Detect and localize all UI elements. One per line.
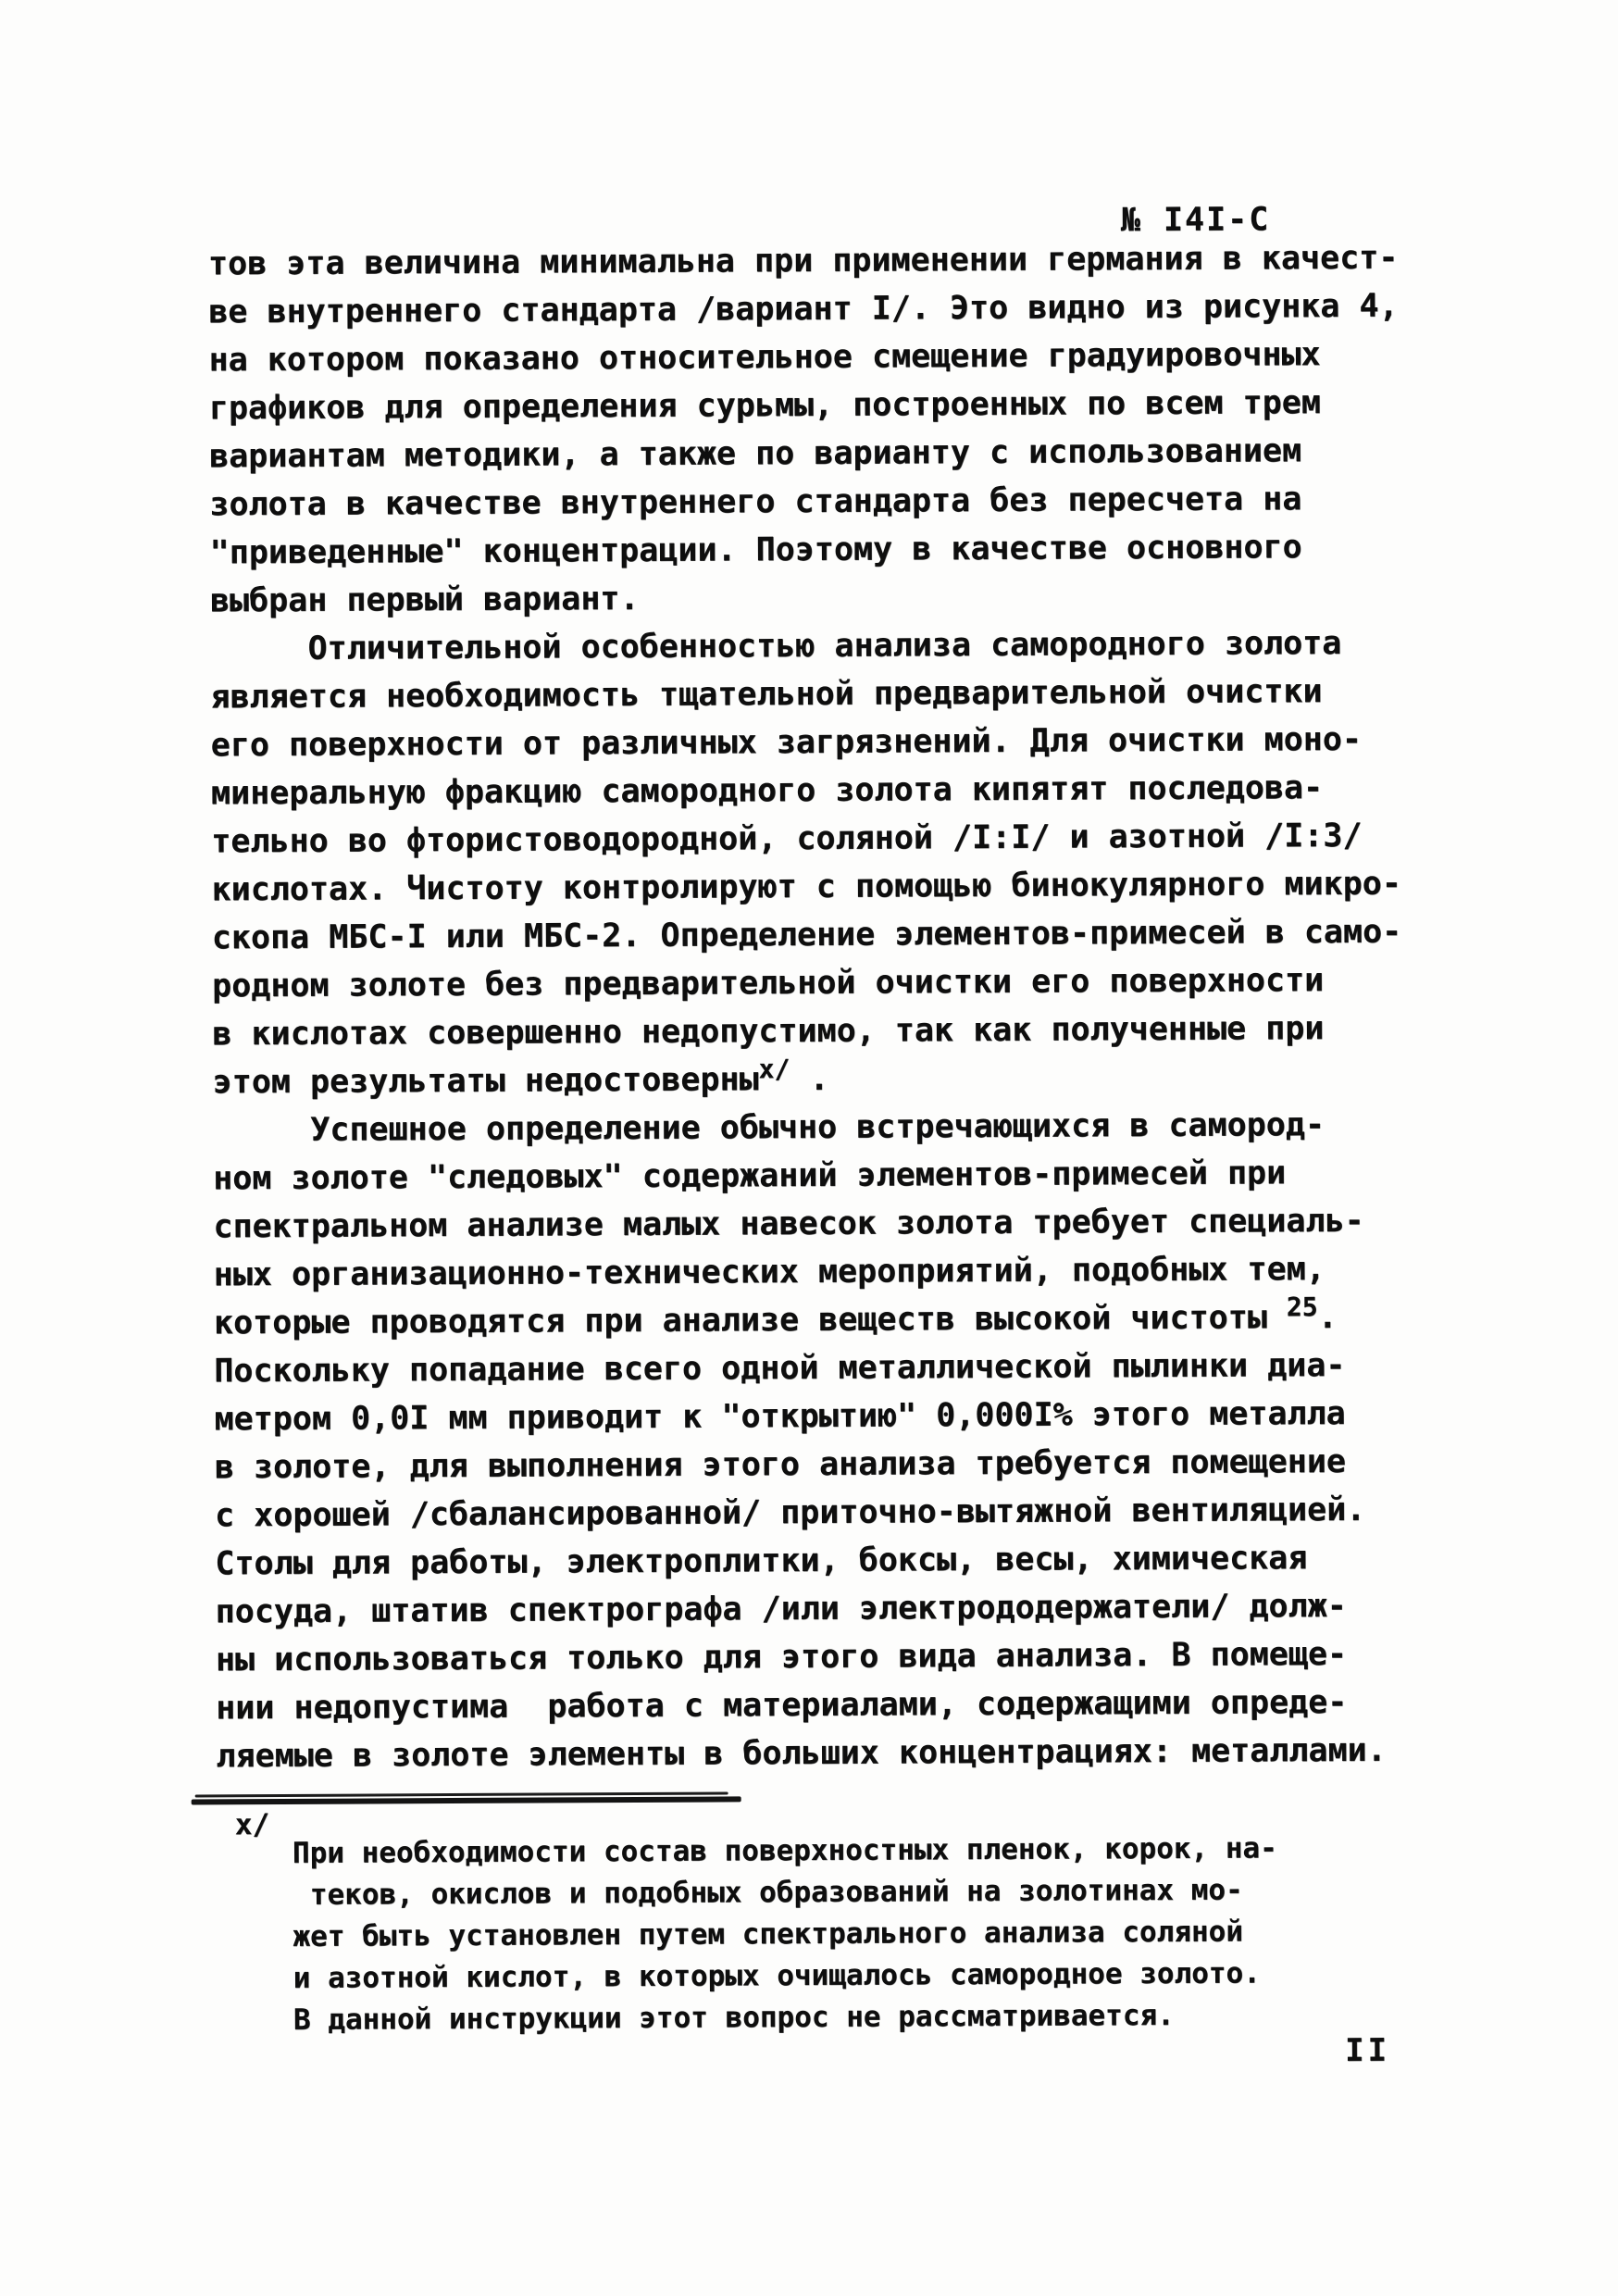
footnote-text: При необходимости состав поверхностных п…	[292, 1828, 1278, 2041]
text-line: метром 0,0I мм приводит к "открытию" 0,0…	[214, 1390, 1404, 1444]
text-line: с хорошей /сбалансированной/ приточно-вы…	[215, 1486, 1405, 1541]
text-line: Столы для работы, электроплитки, боксы, …	[215, 1534, 1405, 1589]
text-line: Поскольку попадание всего одной металлич…	[214, 1341, 1404, 1396]
footnote-line: и азотной кислот, в которых очищалось са…	[293, 1953, 1278, 2000]
text-line: в кислотах совершенно недопустимо, так к…	[212, 1004, 1402, 1059]
text-line: кислотах. Чистоту контролируют с помощью…	[211, 860, 1401, 915]
text-line: посуда, штатив спектрографа /или электро…	[215, 1582, 1405, 1637]
text-line: является необходимость тщательной предва…	[210, 668, 1400, 722]
text-line: тов эта величина минимальна при применен…	[208, 234, 1399, 289]
text-line: ны использоваться только для этого вида …	[216, 1630, 1406, 1685]
text-line: графиков для определения сурьмы, построе…	[209, 379, 1400, 433]
footnote-separator-line	[192, 1796, 741, 1804]
footnote-line: жет быть установлен путем спектрального …	[292, 1911, 1277, 1958]
text-line: выбран первый вариант.	[210, 571, 1400, 626]
text-line: на котором показано относительное смещен…	[208, 331, 1399, 385]
text-line: ве внутреннего стандарта /вариант I/. Эт…	[208, 282, 1399, 337]
page-content: № I4I-С тов эта величина минимальна при …	[0, 0, 1618, 2296]
scanned-document-page: № I4I-С тов эта величина минимальна при …	[0, 0, 1618, 2296]
text-line: Успешное определение обычно встречающихс…	[213, 1101, 1403, 1155]
text-line: тельно во фтористоводородной, соляной /I…	[211, 812, 1401, 867]
text-line: этом результаты недостоверных/ .	[212, 1053, 1402, 1107]
footnote-line: При необходимости состав поверхностных п…	[292, 1828, 1277, 1875]
text-line: в золоте, для выполнения этого анализа т…	[215, 1438, 1405, 1492]
footnote-line: В данной инструкции этот вопрос не рассм…	[293, 1994, 1278, 2041]
text-line: родном золоте без предварительной очистк…	[212, 956, 1402, 1011]
text-line: "приведенные" концентрации. Поэтому в ка…	[209, 523, 1400, 578]
text-line: ных организационно-технических мероприят…	[214, 1245, 1404, 1300]
text-line: нии недопустима работа с материалами, со…	[216, 1678, 1406, 1733]
footnote-reference: 25	[1287, 1292, 1318, 1323]
text-line: вариантам методики, а также по варианту …	[209, 427, 1400, 481]
text-line: спектральном анализе малых навесок золот…	[213, 1197, 1403, 1252]
text-line: скопа МБС-I или МБС-2. Определение элеме…	[212, 908, 1402, 963]
text-line: которые проводятся при анализе веществ в…	[214, 1293, 1404, 1348]
footnote-marker: х/	[235, 1808, 270, 1841]
text-line: ном золоте "следовых" содержаний элемент…	[213, 1149, 1403, 1204]
text-line: ляемые в золоте элементы в больших конце…	[216, 1727, 1406, 1781]
text-line: минеральную фракцию самородного золота к…	[211, 764, 1401, 818]
page-number: II	[1345, 2032, 1390, 2069]
document-number: № I4I-С	[1121, 201, 1271, 239]
text-line: его поверхности от различных загрязнений…	[211, 716, 1401, 770]
footnote-reference: х/	[758, 1054, 790, 1085]
body-text: тов эта величина минимальна при применен…	[208, 234, 1406, 1781]
text-line: Отличительной особенностью анализа самор…	[210, 619, 1400, 674]
footnote-line: теков, окислов и подобных образований на…	[292, 1869, 1277, 1916]
text-line: золота в качестве внутреннего стандарта …	[209, 475, 1400, 530]
